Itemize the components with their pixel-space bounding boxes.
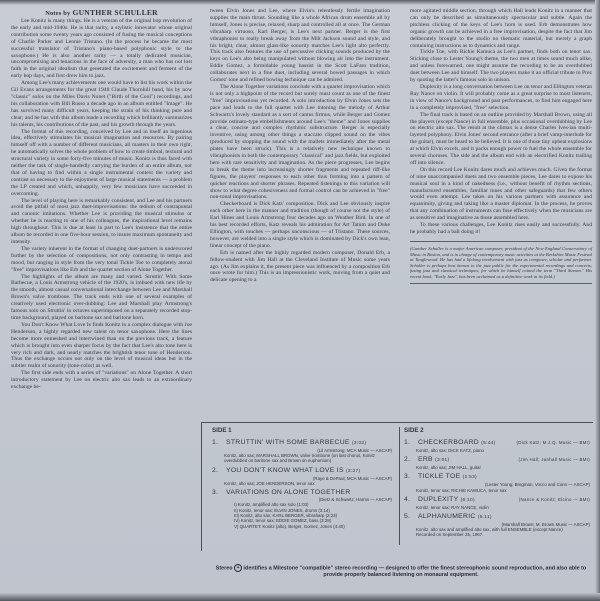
paragraph: The Alone Together variations conclude w… <box>210 84 390 201</box>
paragraph: The final track is based on an outline p… <box>410 112 592 167</box>
plus-circle-icon: + <box>234 564 242 572</box>
track-duration: (5:44) <box>481 441 495 446</box>
side-heading: SIDE 2 <box>404 427 590 435</box>
track-duration: (5:11) <box>478 515 492 520</box>
track-item: 3.VARIATIONS ON ALONE TOGETHER (Dietz & … <box>212 489 392 529</box>
paragraph: Duplexity is a long conversation between… <box>410 84 592 112</box>
paragraph: tween Elvin Jones and Lee, where Elvin's… <box>210 8 390 84</box>
track-duration: (3:02) <box>352 441 366 446</box>
track-item: 1.STRUTTIN' WITH SOME BARBECUE (3:02) (L… <box>212 439 392 464</box>
side-2-listing: SIDE 2 1.CHECKERBOARD (5:44)(Dick Katz; … <box>399 427 590 545</box>
track-item: 3.TICKLE TOE (2:53) (Lester Young; Bregm… <box>404 473 590 492</box>
track-title: TICKLE TOE <box>418 473 460 480</box>
track-listing-box: SIDE 1 1.STRUTTIN' WITH SOME BARBECUE (3… <box>201 422 593 551</box>
scan-edge-bottom <box>0 593 600 601</box>
notes-title: Notes by GUNTHER SCHULLER <box>11 8 192 18</box>
divider <box>410 241 592 242</box>
track-personnel: Konitz, alto sax; DICK KATZ, piano <box>404 448 590 453</box>
track-personnel: Konitz, alto sax; MARSHALL BROWN, valve … <box>212 453 392 463</box>
liner-notes-sheet: Notes by GUNTHER SCHULLER Lee Konitz is … <box>0 0 600 601</box>
side-heading: SIDE 1 <box>212 427 392 435</box>
track-credit: (Nance & Konitz; Elcino — BMI) <box>519 496 590 504</box>
track-item: 4.DUPLEXITY (6:10)(Nance & Konitz; Elcin… <box>404 496 590 510</box>
paragraph: Lee Konitz is many things. He is a veter… <box>11 18 192 80</box>
paragraph: The highlights of the album are many and… <box>11 274 192 322</box>
track-title: DUPLEXITY <box>418 496 458 503</box>
track-item: 1.CHECKERBOARD (5:44)(Dick Katz; M.J.Q. … <box>404 439 590 453</box>
track-credit: (Jim Hall; Janhall Music — BMI) <box>518 456 590 464</box>
recording-date: Recorded on September 25, 1967. <box>404 532 590 537</box>
track-title: CHECKERBOARD <box>418 439 479 446</box>
track-title: VARIATIONS ON ALONE TOGETHER <box>226 489 351 496</box>
notes-author: GUNTHER SCHULLER <box>73 8 158 17</box>
track-personnel: Konitz, tenor sax; RAY NANCE, violin <box>404 505 590 510</box>
stereo-notice: Stereo + identifies a Milestone "compati… <box>210 564 592 579</box>
paragraph: The variety inherent in the format of ch… <box>11 246 192 274</box>
track-personnel: Konitz, alto sax; JIM HALL, guitar <box>404 465 590 470</box>
side-1-listing: SIDE 1 1.STRUTTIN' WITH SOME BARBECUE (3… <box>212 427 392 532</box>
track-item: 2.ERB (3:01)(Jim Hall; Janhall Music — B… <box>404 456 590 470</box>
paragraph: On this record Lee Konitz dares much and… <box>410 167 592 222</box>
track-credit: (Dick Katz; M.J.Q. Music — BMI) <box>517 439 590 447</box>
track-duration: (3:01) <box>435 458 449 463</box>
track-duration: (2:53) <box>463 475 477 480</box>
paragraph: The first side ends with a series of "va… <box>11 370 192 391</box>
paragraph: Tickle Toe, with Richie Kamuca as Lee's … <box>410 49 592 84</box>
paragraph: The level of playing here is remarkably … <box>11 198 192 246</box>
paragraph: Checkerboard is Dick Katz' composition. … <box>210 201 390 249</box>
scan-edge-right <box>595 0 600 601</box>
author-bio: (Gunther Schuller is a major American co… <box>410 246 592 280</box>
paragraph: more agitated middle section, through wh… <box>410 8 592 49</box>
track-duration: (3:27) <box>346 469 360 474</box>
paragraph: You Don't Know What Love Is finds Konitz… <box>11 322 192 370</box>
track-item: 2.YOU DON'T KNOW WHAT LOVE IS (3:27) (Ra… <box>212 467 392 486</box>
paragraph: The format of this recording, conceived … <box>11 129 192 198</box>
paragraph: To these various challenges, Lee Konitz … <box>410 222 592 236</box>
scan-edge-top <box>0 0 600 5</box>
track-title: ERB <box>418 456 433 463</box>
divider <box>410 283 592 284</box>
track-duration: (6:10) <box>461 498 475 503</box>
paragraph: Erb is named after the highly regarded m… <box>210 250 390 285</box>
track-personnel: Konitz, tenor sax; RICHIE KAMUCA, tenor … <box>404 488 590 493</box>
track-title: ALPHANUMERIC <box>418 513 476 520</box>
notes-column-3: more agitated middle section, through wh… <box>410 8 592 284</box>
track-personnel: Konitz, alto sax; JOE HENDERSON, tenor s… <box>212 481 392 486</box>
notes-column-2: tween Elvin Jones and Lee, where Elvin's… <box>210 8 390 284</box>
notes-column-1: Notes by GUNTHER SCHULLER Lee Konitz is … <box>11 8 192 391</box>
paragraph: Among Lee's many achievements one would … <box>11 80 192 128</box>
variation-item: V) QUARTET: Konitz (alto), Berger, Gomez… <box>212 524 392 529</box>
track-title: YOU DON'T KNOW WHAT LOVE IS <box>226 467 344 474</box>
track-item: 5.ALPHANUMERIC (5:11) (Marshall Brown; M… <box>404 513 590 538</box>
track-title: STRUTTIN' WITH SOME BARBECUE <box>226 439 350 446</box>
